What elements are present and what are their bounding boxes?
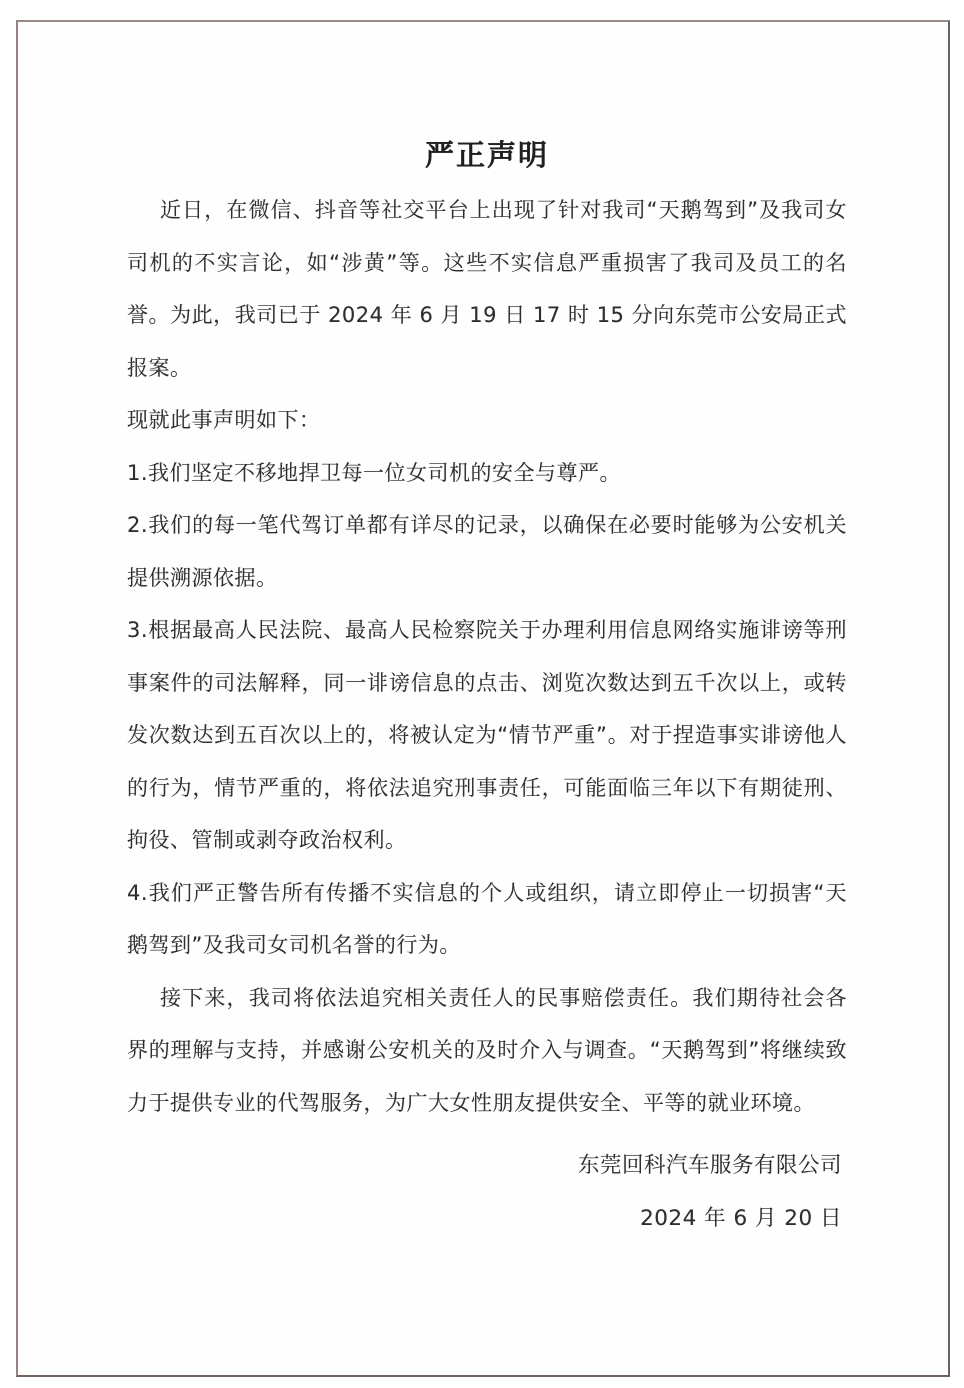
statement-paragraph: 2.我们的每一笔代驾订单都有详尽的记录，以确保在必要时能够为公安机关提供溯源依据… [127, 499, 847, 604]
statement-paragraph: 1.我们坚定不移地捍卫每一位女司机的安全与尊严。 [127, 447, 847, 500]
statement-paragraph: 近日，在微信、抖音等社交平台上出现了针对我司“天鹅驾到”及我司女司机的不实言论，… [127, 184, 847, 394]
statement-page: 严正声明 近日，在微信、抖音等社交平台上出现了针对我司“天鹅驾到”及我司女司机的… [16, 20, 950, 1377]
statement-content: 严正声明 近日，在微信、抖音等社交平台上出现了针对我司“天鹅驾到”及我司女司机的… [127, 22, 847, 1245]
statement-paragraph: 接下来，我司将依法追究相关责任人的民事赔偿责任。我们期待社会各界的理解与支持，并… [127, 972, 847, 1130]
statement-paragraph: 4.我们严正警告所有传播不实信息的个人或组织，请立即停止一切损害“天鹅驾到”及我… [127, 867, 847, 972]
statement-paragraph: 现就此事声明如下： [127, 394, 847, 447]
statement-paragraph: 3.根据最高人民法院、最高人民检察院关于办理利用信息网络实施诽谤等刑事案件的司法… [127, 604, 847, 867]
page-title: 严正声明 [127, 133, 847, 177]
signature-block: 东莞回科汽车服务有限公司 2024 年 6 月 20 日 [127, 1139, 847, 1245]
company-signature: 东莞回科汽车服务有限公司 [127, 1139, 842, 1192]
statement-body: 近日，在微信、抖音等社交平台上出现了针对我司“天鹅驾到”及我司女司机的不实言论，… [127, 184, 847, 1129]
statement-date: 2024 年 6 月 20 日 [127, 1192, 842, 1245]
